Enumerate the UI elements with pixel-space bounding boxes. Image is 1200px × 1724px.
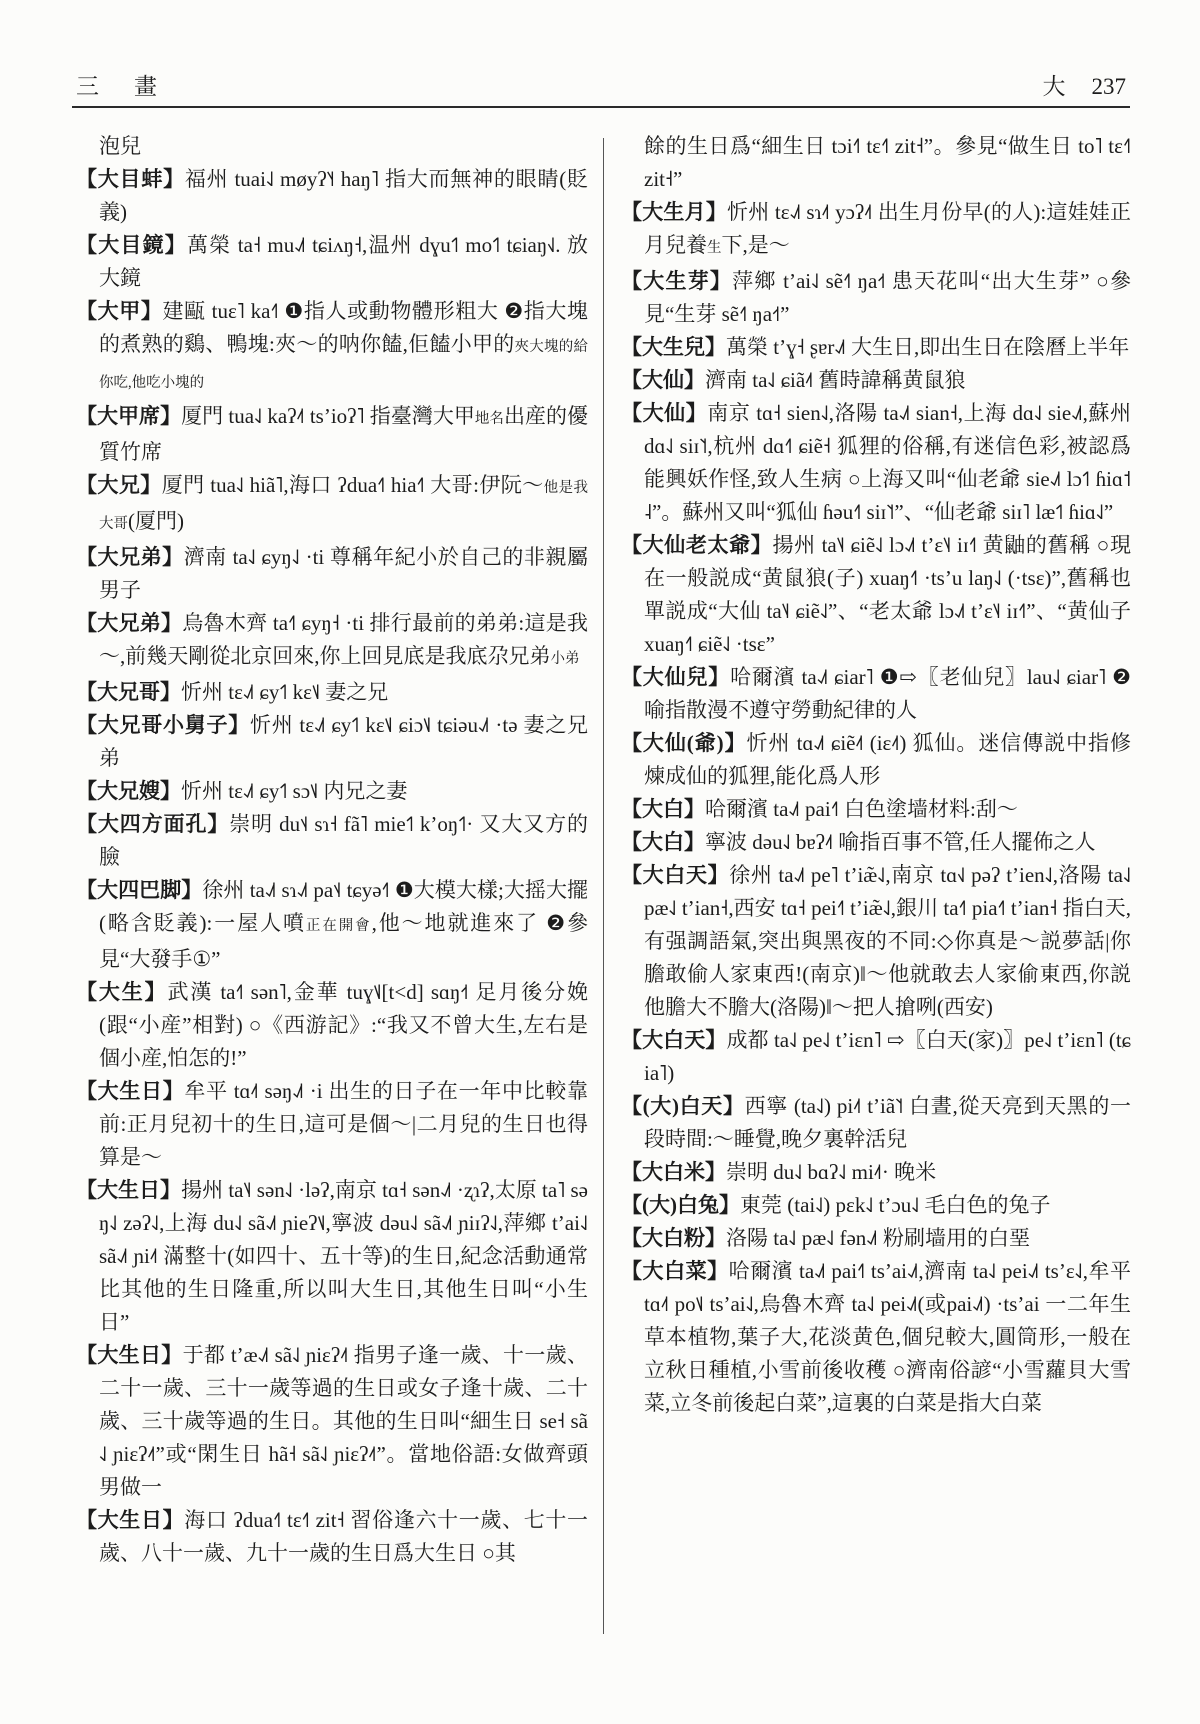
dictionary-entry: 【大白】哈爾濱 ta˨˩˦ pai˧˥ 白色塗墙材料:刮～	[621, 793, 1131, 826]
headword: 【大目蚌】	[76, 167, 185, 191]
dictionary-entry: 【大生月】忻州 tɛ˨˩˦ sɿ˨˦ yɔʔ˨˦ 出生月份早(的人):這娃娃正月…	[621, 196, 1131, 265]
headword: 【大仙】	[621, 401, 707, 425]
dictionary-entry: 【大生日】揚州 ta˥˨ sən˨˩ ·ləʔ,南京 tɑ˧ sən˨˩˦ ·ʐ…	[76, 1174, 588, 1339]
dictionary-entry: 【大甲】建甌 tuɛ˥ ka˧˥ ❶指人或動物體形粗大 ❷指大塊的煮熟的鷄、鴨塊…	[76, 295, 588, 400]
right-column: 餘的生日爲“細生日 tɔi˧˥ tɛ˧˥ zit˧”。參見“做生日 to˥ tɛ…	[621, 130, 1131, 1650]
dictionary-entry: 餘的生日爲“細生日 tɔi˧˥ tɛ˧˥ zit˧”。參見“做生日 to˥ tɛ…	[621, 130, 1131, 196]
dictionary-entry: 泡兒	[76, 130, 588, 163]
headword: 【大白】	[621, 830, 705, 854]
stroke-section-title: 三 畫	[76, 68, 163, 101]
entry-text: 泡兒	[99, 134, 141, 158]
headword: 【大白粉】	[621, 1226, 726, 1250]
entry-text: 萬榮 tʼɣ˧ ʂɐr˨˩˦ 大生日,即出生日在陰曆上半年	[726, 335, 1129, 359]
headword: 【大生】	[76, 980, 167, 1004]
headword: 【大生芽】	[621, 269, 732, 293]
dictionary-entry: 【大四方面孔】崇明 du˦˨ sɿ˧ fã˥ mie˦˥ kʼoŋ˦˥· 又大又…	[76, 808, 588, 874]
dictionary-entry: 【大兄哥小舅子】忻州 tɛ˨˩˦ ɕy˦˥ kɛ˦˩ ɕiɔ˦˩ tɕiəu˨˩…	[76, 709, 588, 775]
headword: 【(大)白天】	[621, 1094, 745, 1118]
entry-text: 厦門 tua˨˩ kaʔ˨˦ tsʼioʔ˥ 指臺灣大甲	[181, 404, 475, 428]
dictionary-entry: 【大兄哥】忻州 tɛ˨˩˦ ɕy˦˥ kɛ˦˩ 妻之兄	[76, 676, 588, 709]
dictionary-entry: 【大白粉】洛陽 ta˨˩ pæ˨˩ fən˨˩˦ 粉刷墙用的白堊	[621, 1222, 1131, 1255]
headword: 【大兄哥】	[76, 680, 181, 704]
entry-text: 洛陽 ta˨˩ pæ˨˩ fən˨˩˦ 粉刷墙用的白堊	[726, 1226, 1030, 1250]
headword: 【大目鏡】	[76, 233, 187, 257]
dictionary-entry: 【大白】寧波 dəu˨˩ bɐʔ˨˦ 喻指百事不管,任人擺佈之人	[621, 826, 1131, 859]
headword: 【大仙老太爺】	[621, 533, 772, 557]
small-gloss: 小弟	[551, 651, 580, 667]
entry-text: 寧波 dəu˨˩ bɐʔ˨˦ 喻指百事不管,任人擺佈之人	[705, 830, 1096, 854]
headword: 【大兄哥小舅子】	[76, 713, 250, 737]
dictionary-entry: 【大仙】南京 tɑ˧ sien˨˩,洛陽 ta˨˩˦ sian˧,上海 dɑ˨˩…	[621, 397, 1131, 529]
header-right: 大237	[1017, 68, 1127, 101]
entry-text: 濟南 ta˨˩ ɕiã˨˦ 舊時諱稱黄鼠狼	[705, 368, 965, 392]
dictionary-entry: 【大白天】成都 ta˨˩ pe˨˩ tʼiɛn˥ ⇨〖白天(家)〗pe˨˩ tʼ…	[621, 1024, 1131, 1090]
dictionary-entry: 【大四巴脚】徐州 ta˨˩˦ sɿ˨˩˦ pa˦˨ tɕyə˧˥ ❶大模大樣;大…	[76, 874, 588, 976]
headword: 【大白菜】	[621, 1259, 729, 1283]
entry-text: 忻州 tɛ˨˩˦ ɕy˦˥ sɔ˦˩ 内兄之妻	[181, 779, 407, 803]
headword: 【大仙(爺)】	[621, 731, 747, 755]
entry-text: 武漢 ta˧˥ sən˥,金華 tuɣ˦˩[t<d] sɑŋ˧˦ 足月後分娩(跟…	[99, 980, 588, 1070]
headword: 【大生兒】	[621, 335, 726, 359]
dictionary-entry: 【大仙】濟南 ta˨˩ ɕiã˨˦ 舊時諱稱黄鼠狼	[621, 364, 1131, 397]
dictionary-entry: 【大仙兒】哈爾濱 ta˨˩˦ ɕiar˥ ❶⇨〖老仙兒〗lau˨˩ ɕiar˥ …	[621, 661, 1131, 727]
dictionary-page: 三 畫 大237 泡兒【大目蚌】福州 tuai˨˩ møyʔ˥˧ haŋ˥ 指大…	[0, 0, 1200, 1724]
dictionary-entry: 【(大)白天】西寧 (ta˨˩) pi˨˦ tʼiã˥˦ 白晝,從天亮到天黑的一…	[621, 1090, 1131, 1156]
headword: 【大四方面孔】	[76, 812, 229, 836]
headword: 【大兄弟】	[76, 545, 184, 569]
dictionary-entry: 【大甲席】厦門 tua˨˩ kaʔ˨˦ tsʼioʔ˥ 指臺灣大甲地名出産的優質…	[76, 400, 588, 469]
dictionary-entry: 【大兄弟】濟南 ta˨˩ ɕyŋ˨˩ ·ti 尊稱年紀小於自己的非親屬男子	[76, 541, 588, 607]
headword: 【大甲席】	[76, 404, 181, 428]
headword: 【大白】	[621, 797, 705, 821]
small-gloss: 生	[707, 240, 722, 256]
headword: 【大白米】	[621, 1160, 726, 1184]
dictionary-entry: 【大仙老太爺】揚州 ta˥˨ ɕiẽ˨˩ lɔ˨˩˦ tʼɛ˥˨ iɪ˧˥ 黄鼬…	[621, 529, 1131, 661]
column-divider	[603, 138, 604, 1634]
dictionary-entry: 【大目蚌】福州 tuai˨˩ møyʔ˥˧ haŋ˥ 指大而無神的眼睛(貶義)	[76, 163, 588, 229]
entry-text: 忻州 tɛ˨˩˦ ɕy˦˥ kɛ˦˩ 妻之兄	[181, 680, 388, 704]
dictionary-entry: 【大生】武漢 ta˧˥ sən˥,金華 tuɣ˦˩[t<d] sɑŋ˧˦ 足月後…	[76, 976, 588, 1075]
dictionary-entry: 【大仙(爺)】忻州 tɑ˨˩˦ ɕiẽ˨˦ (iɛ˨˦) 狐仙。迷信傳説中指修煉…	[621, 727, 1131, 793]
headword: 【(大)白兔】	[621, 1193, 740, 1217]
headword: 【大兄弟】	[76, 611, 182, 635]
headword: 【大生日】	[76, 1079, 184, 1103]
dictionary-entry: 【大白菜】哈爾濱 ta˨˩˦ pai˧˥ tsʼai˨˩˦,濟南 ta˨˩ pe…	[621, 1255, 1131, 1420]
headword: 【大兄】	[76, 473, 162, 497]
small-gloss: 正在開會	[306, 918, 372, 934]
dictionary-entry: 【大兄嫂】忻州 tɛ˨˩˦ ɕy˦˥ sɔ˦˩ 内兄之妻	[76, 775, 588, 808]
entry-text: (厦門)	[128, 509, 184, 533]
header-rule	[72, 106, 1130, 108]
entry-text: 東莞 (tai˨˩) pɛk˨˩ tʼɔu˨˩ 毛白色的兔子	[740, 1193, 1051, 1217]
headword: 【大四巴脚】	[76, 878, 202, 902]
entry-text: 下,是～	[722, 233, 790, 257]
headword: 【大甲】	[76, 299, 163, 323]
dictionary-entry: 【大目鏡】萬榮 ta˧ mu˨˩˦ tɕiʌŋ˧,温州 dɣu˦˥ mo˦˥ t…	[76, 229, 588, 295]
dictionary-entry: 【大生日】于都 tʼæ˨˩˦ sã˨˩ ɲiɛʔ˨˦ 指男子逢一歲、十一歲、二十…	[76, 1339, 588, 1504]
dictionary-entry: 【大兄】厦門 tua˨˩ hiã˥,海口 ʔdua˧˥ hia˧˥ 大哥:伊阮～…	[76, 469, 588, 541]
dictionary-entry: 【(大)白兔】東莞 (tai˨˩) pɛk˨˩ tʼɔu˨˩ 毛白色的兔子	[621, 1189, 1131, 1222]
headword: 【大仙】	[621, 368, 705, 392]
entry-text: 厦門 tua˨˩ hiã˥,海口 ʔdua˧˥ hia˧˥ 大哥:伊阮～	[162, 473, 544, 497]
dictionary-entry: 【大生日】海口 ʔdua˧˥ tɛ˧˥ zit˧ 習俗逢六十一歲、七十一歲、八十…	[76, 1504, 588, 1570]
headword: 【大白天】	[621, 863, 729, 887]
headword: 【大生日】	[76, 1178, 181, 1202]
headword: 【大仙兒】	[621, 665, 730, 689]
headword: 【大生日】	[76, 1343, 183, 1367]
dictionary-entry: 【大生芽】萍鄉 tʼai˨˩ sẽ˧˥ ŋa˧˦ 患天花叫“出大生芽” ○參見“…	[621, 265, 1131, 331]
dictionary-entry: 【大兄弟】烏魯木齊 ta˧˥ ɕyŋ˧ ·ti 排行最前的弟弟:這是我～,前幾天…	[76, 607, 588, 676]
entry-text: 餘的生日爲“細生日 tɔi˧˥ tɛ˧˥ zit˧”。參見“做生日 to˥ tɛ…	[644, 134, 1131, 191]
headword: 【大生日】	[76, 1508, 184, 1532]
headword: 【大兄嫂】	[76, 779, 181, 803]
page-header: 三 畫 大237	[76, 68, 1126, 101]
entry-text: 南京 tɑ˧ sien˨˩,洛陽 ta˨˩˦ sian˧,上海 dɑ˨˩ sie…	[644, 401, 1131, 524]
dictionary-entry: 【大白米】崇明 du˨˩ bɑʔ˨˩ mi˨˦· 晚米	[621, 1156, 1131, 1189]
left-column: 泡兒【大目蚌】福州 tuai˨˩ møyʔ˥˧ haŋ˥ 指大而無神的眼睛(貶義…	[76, 130, 588, 1650]
headword: 【大生月】	[621, 200, 727, 224]
radical-char: 大	[1043, 74, 1066, 99]
dictionary-entry: 【大生日】牟平 tɑ˨˦ səŋ˨˩˦ ·i 出生的日子在一年中比較靠前:正月兒…	[76, 1075, 588, 1174]
entry-text: 哈爾濱 ta˨˩˦ pai˧˥ 白色塗墙材料:刮～	[705, 797, 1018, 821]
entry-text: 崇明 du˨˩ bɑʔ˨˩ mi˨˦· 晚米	[726, 1160, 936, 1184]
dictionary-entry: 【大白天】徐州 ta˨˩˦ pe˥ tʼiæ̃˨˩,南京 tɑ˧˩ pəʔ tʼ…	[621, 859, 1131, 1024]
page-number: 237	[1092, 74, 1127, 99]
small-gloss: 地名	[475, 411, 504, 427]
headword: 【大白天】	[621, 1028, 726, 1052]
dictionary-entry: 【大生兒】萬榮 tʼɣ˧ ʂɐr˨˩˦ 大生日,即出生日在陰曆上半年	[621, 331, 1131, 364]
